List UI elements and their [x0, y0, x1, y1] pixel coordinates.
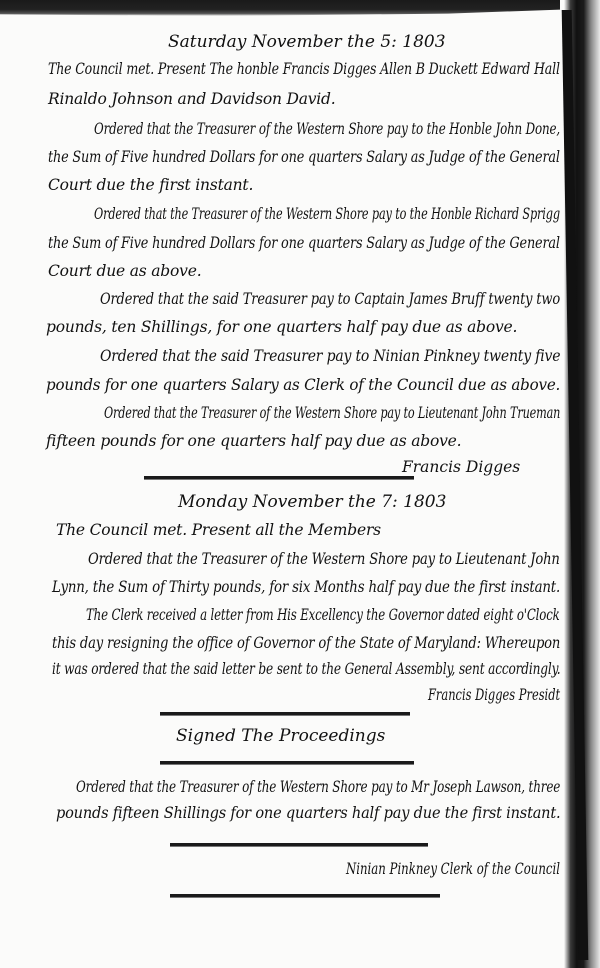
attendance-line: Rinaldo Johnson and Davidson David.	[48, 92, 336, 108]
order-line: The Clerk received a letter from His Exc…	[86, 608, 560, 624]
section-divider	[160, 761, 414, 765]
order-line: it was ordered that the said letter be s…	[52, 662, 560, 678]
section-divider	[144, 476, 414, 480]
entry-heading-monday: Monday November the 7: 1803	[178, 494, 446, 511]
signed-proceedings-heading: Signed The Proceedings	[176, 728, 385, 745]
order-line: this day resigning the office of Governo…	[52, 636, 560, 652]
order-line: pounds fifteen Shillings for one quarter…	[56, 806, 560, 822]
order-line: Ordered that the said Treasurer pay to N…	[100, 349, 560, 365]
order-line: Court due as above.	[48, 264, 201, 280]
order-line: fifteen pounds for one quarters half pay…	[46, 434, 461, 450]
signature-ninian-pinkney: Ninian Pinkney Clerk of the Council	[346, 862, 560, 878]
signature-francis-digges: Francis Digges	[402, 460, 520, 476]
order-line: Court due the first instant.	[48, 178, 253, 194]
signature-francis-digges-president: Francis Digges Presidt	[428, 688, 560, 704]
entry-heading-saturday: Saturday November the 5: 1803	[168, 34, 446, 51]
scan-top-edge-shadow	[0, 0, 560, 16]
order-line: Ordered that the said Treasurer pay to C…	[100, 292, 560, 308]
order-line: Ordered that the Treasurer of the Wester…	[88, 552, 560, 568]
attendance-line: The Council met. Present The honble Fran…	[48, 62, 560, 78]
closing-rule	[170, 894, 440, 898]
section-divider	[170, 843, 428, 847]
section-divider	[160, 712, 410, 716]
order-line: the Sum of Five hundred Dollars for one …	[48, 236, 560, 252]
order-line: Ordered that the Treasurer of the Wester…	[76, 780, 560, 796]
order-line: Ordered that the Treasurer of the Wester…	[94, 122, 560, 138]
order-line: the Sum of Five hundred Dollars for one …	[48, 150, 560, 166]
order-line: pounds for one quarters Salary as Clerk …	[46, 378, 560, 394]
attendance-line: The Council met. Present all the Members	[56, 523, 381, 539]
order-line: Ordered that the Treasurer of the Wester…	[104, 406, 560, 422]
order-line: pounds, ten Shillings, for one quarters …	[46, 320, 517, 336]
order-line: Ordered that the Treasurer of the Wester…	[94, 207, 560, 223]
manuscript-page: Saturday November the 5: 1803 The Counci…	[0, 0, 600, 968]
order-line: Lynn, the Sum of Thirty pounds, for six …	[52, 580, 560, 596]
